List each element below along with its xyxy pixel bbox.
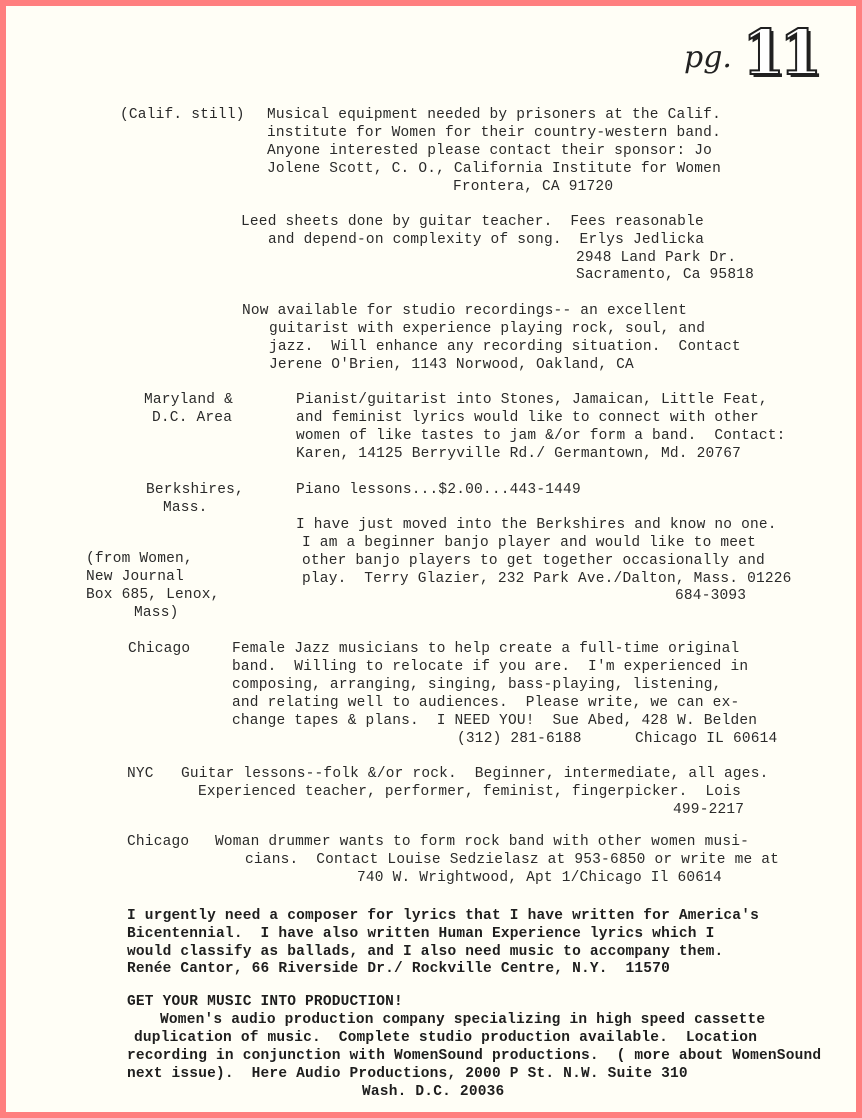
ad-line: change tapes & plans. I NEED YOU! Sue Ab… [232,712,757,730]
ad-location: NYC [127,765,154,783]
ad-line: women of like tastes to jam &/or form a … [296,427,786,445]
ad-line: Experienced teacher, performer, feminist… [198,783,741,801]
ad-location: Mass) [134,604,179,622]
ad-line: composing, arranging, singing, bass-play… [232,676,722,694]
ad-location: (from Women, [86,550,193,568]
ad-line: band. Willing to relocate if you are. I'… [232,658,748,676]
ad-location: New Journal [86,568,184,586]
ad-line: I am a beginner banjo player and would l… [302,534,756,552]
ad-line: Woman drummer wants to form rock band wi… [215,833,749,851]
ad-line: Sacramento, Ca 95818 [576,266,754,284]
ad-line: Leed sheets done by guitar teacher. Fees… [241,213,704,231]
ad-line: 740 W. Wrightwood, Apt 1/Chicago Il 6061… [357,869,722,887]
document-page: pg. 11 (Calif. still) Musical equipment … [6,6,856,1112]
ad-location: Chicago [128,640,190,658]
ad-line: Karen, 14125 Berryville Rd./ Germantown,… [296,445,741,463]
ad-line: 2948 Land Park Dr. [576,249,736,267]
ad-line: Piano lessons...$2.00...443-1449 [296,481,581,499]
ad-line: and depend-on complexity of song. Erlys … [268,231,704,249]
ad-line: Wash. D.C. 20036 [362,1083,504,1101]
ad-line: cians. Contact Louise Sedzielasz at 953-… [245,851,779,869]
ad-line: Jerene O'Brien, 1143 Norwood, Oakland, C… [269,356,634,374]
ad-line: Renée Cantor, 66 Riverside Dr./ Rockvill… [127,960,670,978]
ad-line: 499-2217 [673,801,744,819]
ad-line: recording in conjunction with WomenSound… [127,1047,821,1065]
ad-location: Chicago [127,833,189,851]
page-label: pg. [684,40,732,75]
ad-line: (312) 281-6188 Chicago IL 60614 [457,730,777,748]
ad-location: Maryland & [144,391,233,409]
ad-line: guitarist with experience playing rock, … [269,320,705,338]
ad-location: Box 685, Lenox, [86,586,220,604]
ad-line: Female Jazz musicians to help create a f… [232,640,739,658]
ad-line: I urgently need a composer for lyrics th… [127,907,759,925]
ad-location: (Calif. still) [120,106,245,124]
ad-line: Now available for studio recordings-- an… [242,302,687,320]
page-number: 11 [742,18,816,88]
ad-line: would classify as ballads, and I also ne… [127,943,723,961]
ad-line: next issue). Here Audio Productions, 200… [127,1065,688,1083]
ad-line: jazz. Will enhance any recording situati… [269,338,741,356]
ad-line: Guitar lessons--folk &/or rock. Beginner… [181,765,769,783]
ad-line: Jolene Scott, C. O., California Institut… [267,160,721,178]
ad-line: Musical equipment needed by prisoners at… [267,106,721,124]
ad-location: D.C. Area [152,409,232,427]
ad-line: and relating well to audiences. Please w… [232,694,739,712]
ad-line: Frontera, CA 91720 [453,178,613,196]
ad-heading: GET YOUR MUSIC INTO PRODUCTION! [127,993,403,1011]
ad-line: Pianist/guitarist into Stones, Jamaican,… [296,391,768,409]
ad-line: institute for Women for their country-we… [267,124,721,142]
ad-location: Mass. [163,499,208,517]
ad-line: Women's audio production company special… [160,1011,765,1029]
ad-line: duplication of music. Complete studio pr… [134,1029,757,1047]
ad-location: Berkshires, [146,481,244,499]
ad-line: Anyone interested please contact their s… [267,142,712,160]
ad-line: 684-3093 [675,587,746,605]
ad-line: Bicentennial. I have also written Human … [127,925,715,943]
ad-line: I have just moved into the Berkshires an… [296,516,777,534]
ad-line: other banjo players to get together occa… [302,552,765,570]
ad-line: play. Terry Glazier, 232 Park Ave./Dalto… [302,570,792,588]
ad-line: and feminist lyrics would like to connec… [296,409,759,427]
